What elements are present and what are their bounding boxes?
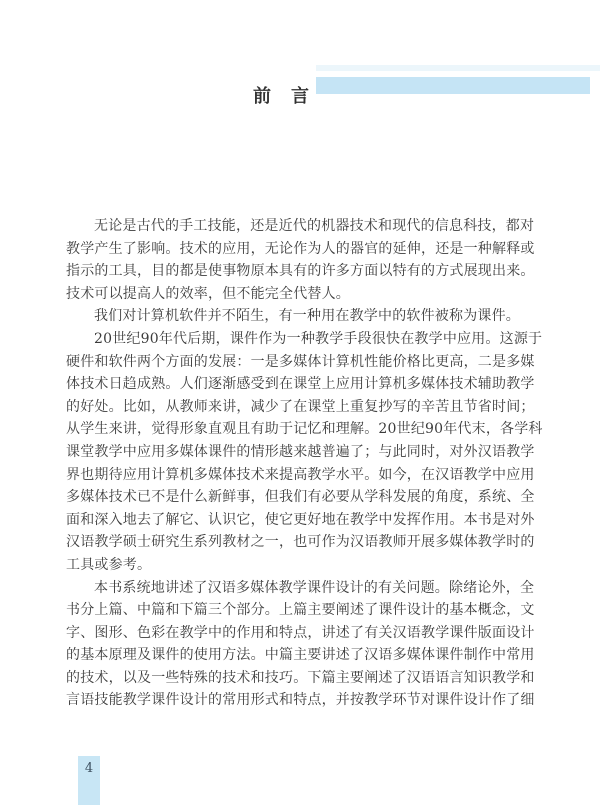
text-line: 的技术，以及一些特殊的技术和技巧。下篇主要阐述了汉语语言知识教学和 <box>66 667 522 690</box>
text-line: 的好处。比如，从教师来讲，减少了在课堂上重复抄写的辛苦且节省时间； <box>66 396 522 419</box>
paragraph: 20世纪90年代后期，课件作为一种教学手段很快在教学中应用。这源于硬件和软件两个… <box>66 328 522 577</box>
page-number: 4 <box>78 761 100 776</box>
title-accent-bar-light <box>316 65 600 71</box>
text-line: 汉语教学硕士研究生系列教材之一，也可作为汉语教师开展多媒体教学时的 <box>66 531 522 554</box>
text-line: 界也期待应用计算机多媒体技术来提高教学水平。如今，在汉语教学中应用 <box>66 464 522 487</box>
paragraph: 无论是古代的手工技能，还是近代的机器技术和现代的信息科技，都对教学产生了影响。技… <box>66 215 522 305</box>
body-text: 无论是古代的手工技能，还是近代的机器技术和现代的信息科技，都对教学产生了影响。技… <box>66 215 522 712</box>
title-accent-bar <box>316 77 590 94</box>
text-line: 硬件和软件两个方面的发展：一是多媒体计算机性能价格比更高，二是多媒 <box>66 351 522 374</box>
text-line: 字、图形、色彩在教学中的作用和特点，讲述了有关汉语教学课件版面设计 <box>66 622 522 645</box>
text-line: 工具或参考。 <box>66 554 522 577</box>
text-line: 言语技能教学课件设计的常用形式和特点，并按教学环节对课件设计作了细 <box>66 689 522 712</box>
text-line: 技术可以提高人的效率，但不能完全代替人。 <box>66 283 522 306</box>
page-title: 前 言 <box>253 85 310 109</box>
text-line: 体技术日趋成熟。人们逐渐感受到在课堂上应用计算机多媒体技术辅助教学 <box>66 373 522 396</box>
text-line: 课堂教学中应用多媒体课件的情形越来越普遍了；与此同时，对外汉语教学 <box>66 441 522 464</box>
text-line: 我们对计算机软件并不陌生，有一种用在教学中的软件被称为课件。 <box>66 305 522 328</box>
text-line: 20世纪90年代后期，课件作为一种教学手段很快在教学中应用。这源于 <box>66 328 522 351</box>
text-line: 教学产生了影响。技术的应用，无论作为人的器官的延伸，还是一种解释或 <box>66 238 522 261</box>
text-line: 多媒体技术已不是什么新鲜事，但我们有必要从学科发展的角度，系统、全 <box>66 486 522 509</box>
text-line: 指示的工具，目的都是使事物原本具有的许多方面以特有的方式展现出来。 <box>66 260 522 283</box>
text-line: 从学生来讲，觉得形象直观且有助于记忆和理解。20世纪90年代末，各学科 <box>66 418 522 441</box>
paragraph: 本书系统地讲述了汉语多媒体教学课件设计的有关问题。除绪论外，全书分上篇、中篇和下… <box>66 577 522 713</box>
text-line: 面和深入地去了解它、认识它，使它更好地在教学中发挥作用。本书是对外 <box>66 509 522 532</box>
text-line: 本书系统地讲述了汉语多媒体教学课件设计的有关问题。除绪论外，全 <box>66 577 522 600</box>
paragraph: 我们对计算机软件并不陌生，有一种用在教学中的软件被称为课件。 <box>66 305 522 328</box>
text-line: 无论是古代的手工技能，还是近代的机器技术和现代的信息科技，都对 <box>66 215 522 238</box>
book-page: 前 言 无论是古代的手工技能，还是近代的机器技术和现代的信息科技，都对教学产生了… <box>0 0 600 805</box>
text-line: 书分上篇、中篇和下篇三个部分。上篇主要阐述了课件设计的基本概念，文 <box>66 599 522 622</box>
page-number-box: 4 <box>78 756 100 805</box>
text-line: 的基本原理及课件的使用方法。中篇主要讲述了汉语多媒体课件制作中常用 <box>66 644 522 667</box>
